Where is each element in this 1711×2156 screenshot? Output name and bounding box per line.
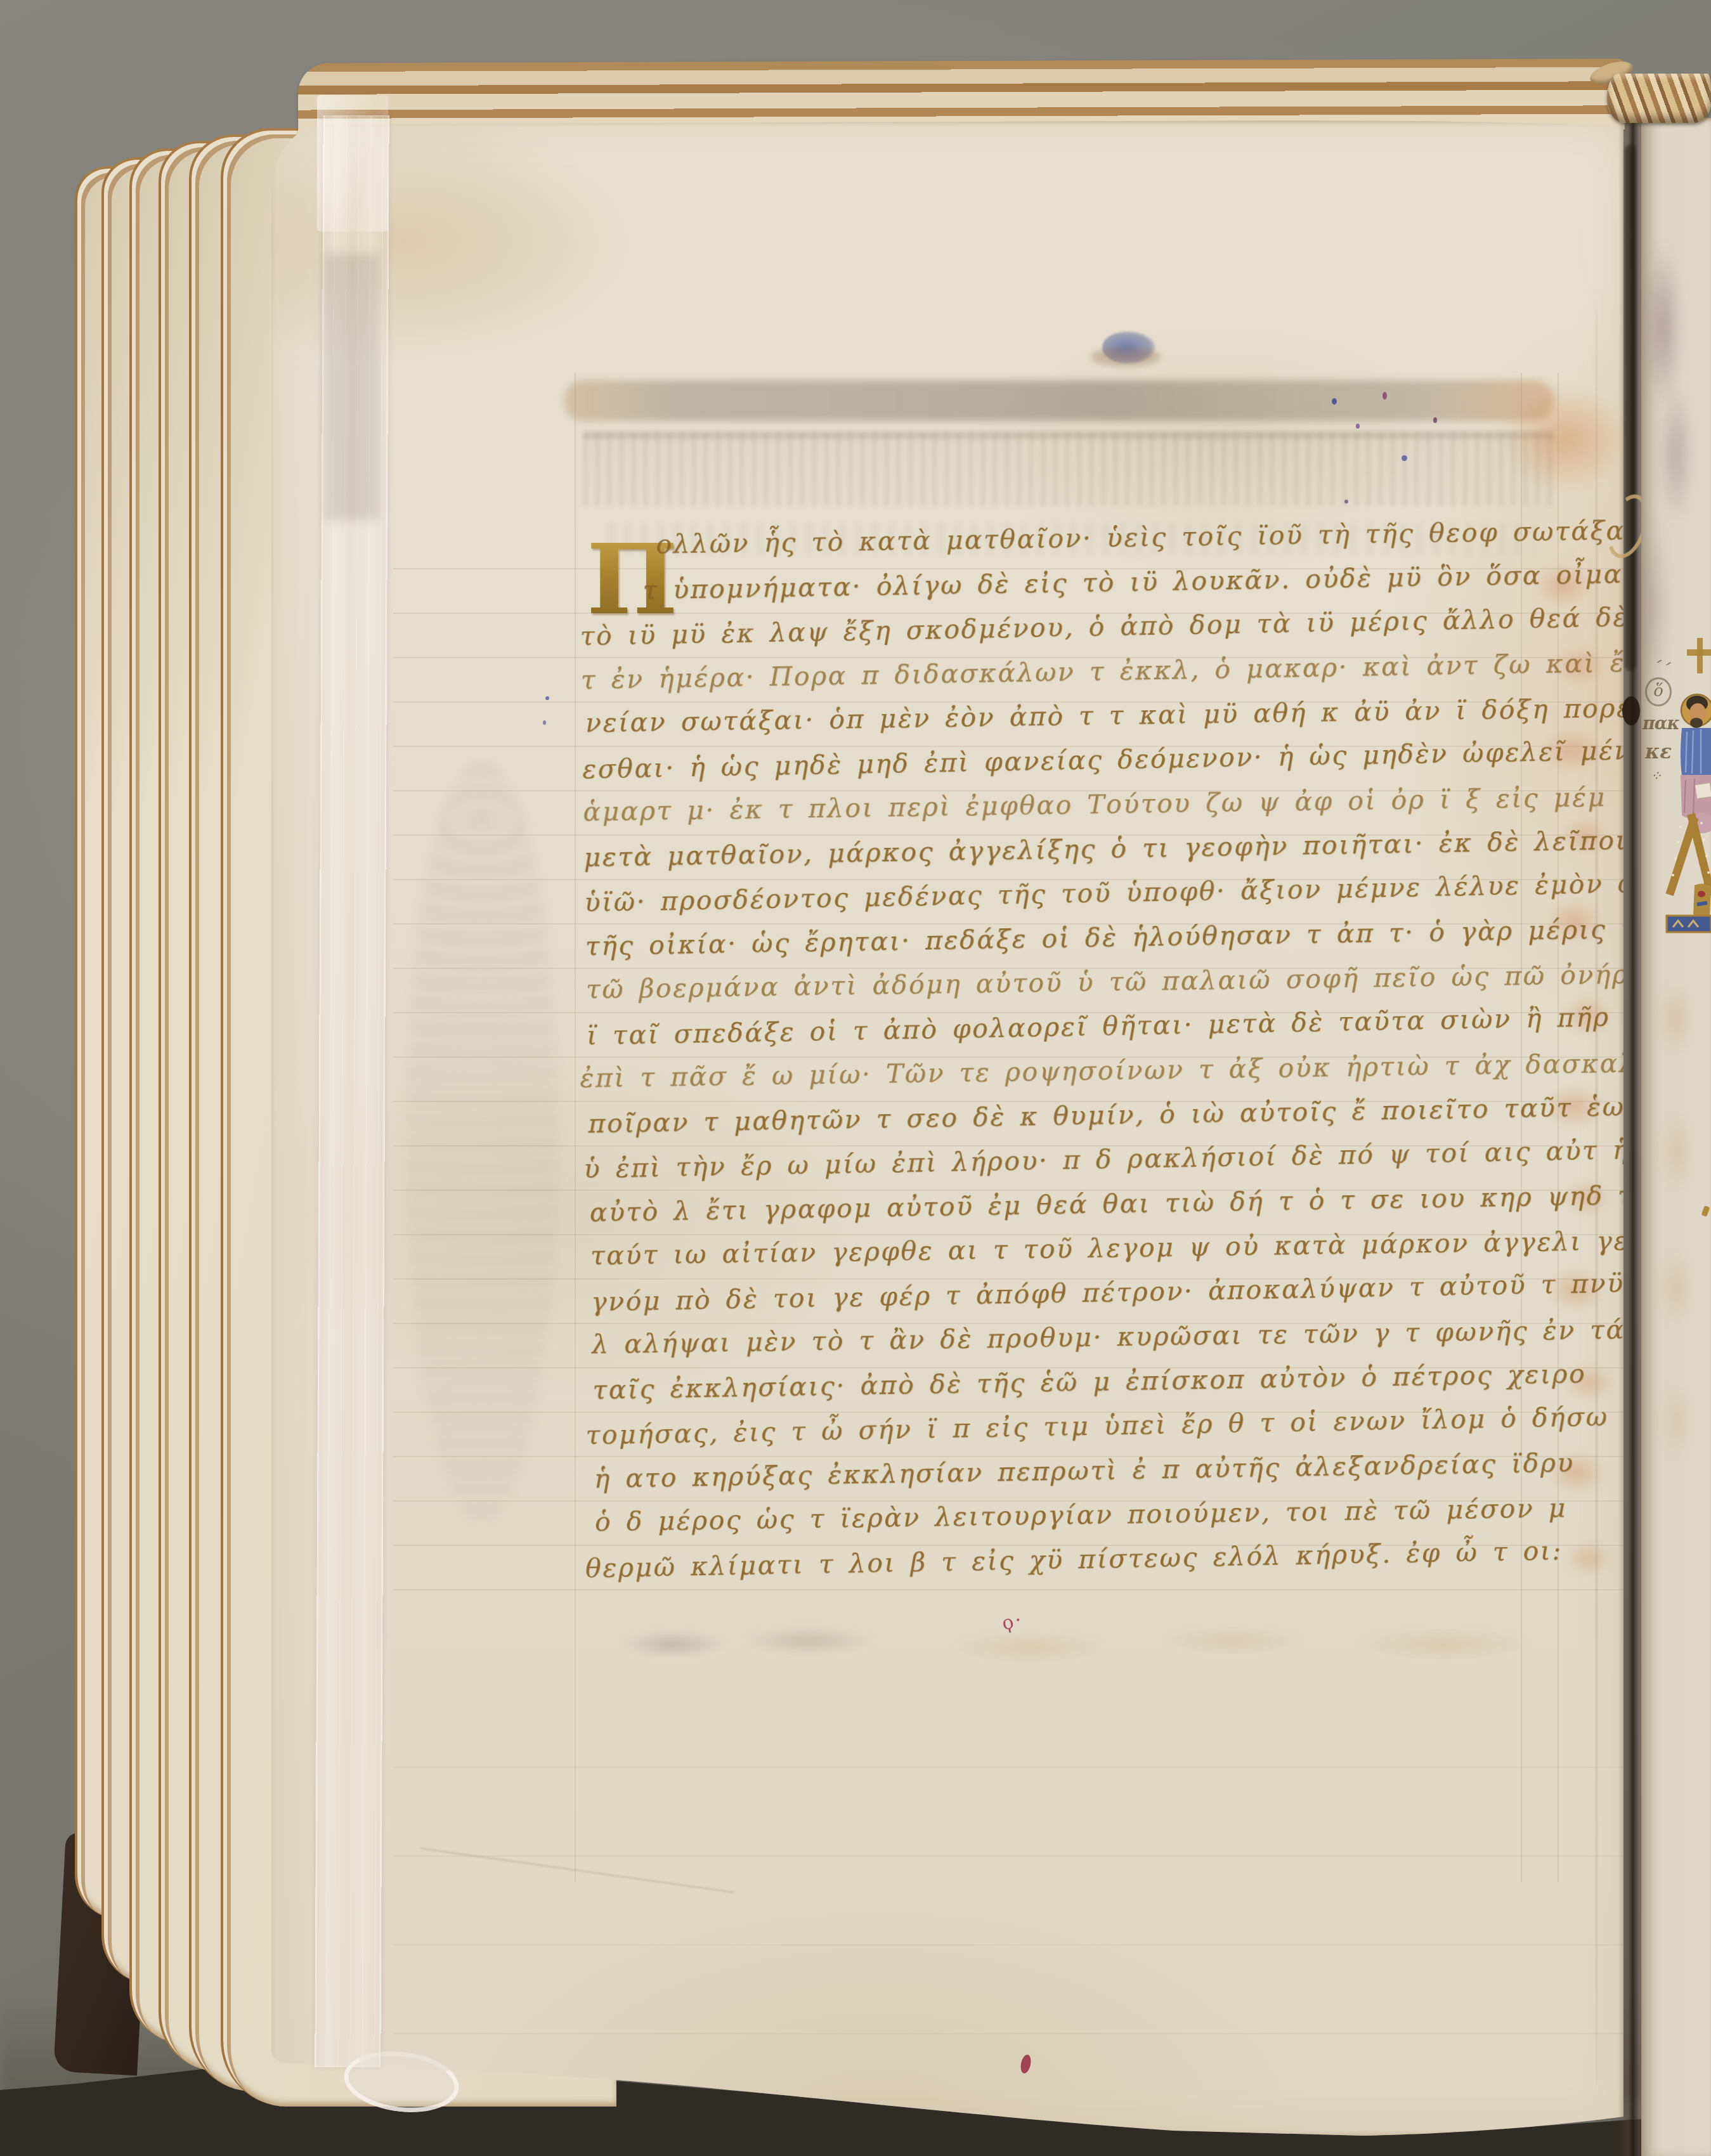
paint-fleck: [1402, 455, 1407, 461]
show-through: [406, 760, 558, 1521]
offset-smudge-band: [583, 431, 1554, 506]
manuscript-page-verso: Π ολλῶν ἧς τὸ κατὰ ματθαῖον· ὑεὶς τοῖς ϊ…: [266, 119, 1627, 2139]
paint-fleck: [543, 720, 546, 725]
strap-smudge: [325, 254, 379, 520]
rust-stain: [1503, 386, 1630, 493]
paint-fleck: [1332, 398, 1337, 405]
paint-fleck: [1344, 500, 1348, 503]
offset-smudge-band: [564, 380, 1554, 421]
paint-fleck: [545, 696, 549, 700]
rust-stain: [1659, 1247, 1695, 1329]
brown-stain: [1091, 347, 1161, 367]
gutter-hole: [1622, 696, 1640, 725]
scroll: [1695, 783, 1711, 798]
gold-ornament: [1693, 883, 1711, 917]
rust-stain: [1658, 980, 1695, 1056]
rust-stain: [1660, 1380, 1693, 1462]
gold-cross-icon: [1687, 649, 1711, 656]
beard: [1690, 718, 1703, 728]
faded-offset-text: [596, 1609, 1560, 1679]
paint-fleck: [1356, 424, 1360, 429]
gutter-shadow: [1625, 145, 1636, 671]
endband-braid: [1607, 74, 1711, 123]
paint-fleck: [1433, 417, 1437, 423]
ruling-line-vertical: [575, 373, 576, 1882]
rust-stain: [1660, 1107, 1695, 1196]
gold-fleck: [1701, 1205, 1710, 1217]
facing-folio-sliver: ΄΄ὅπακκε⁘: [1641, 118, 1711, 2156]
ruling-lines-lower: [393, 1679, 1649, 2098]
photograph-backdrop: Π ολλῶν ἧς τὸ κατὰ ματθαῖον· ὑεὶς τοῖς ϊ…: [0, 0, 1711, 2156]
footstool: [1667, 916, 1711, 932]
text-block: ολλῶν ἧς τὸ κατὰ ματθαῖον· ὑεὶς τοῖς ϊοῦ…: [578, 515, 1585, 1597]
red-ornament: [1698, 891, 1705, 897]
purple-stain: [1659, 384, 1693, 524]
paint-fleck: [1382, 392, 1387, 399]
evangelist-miniature: [1641, 633, 1711, 937]
